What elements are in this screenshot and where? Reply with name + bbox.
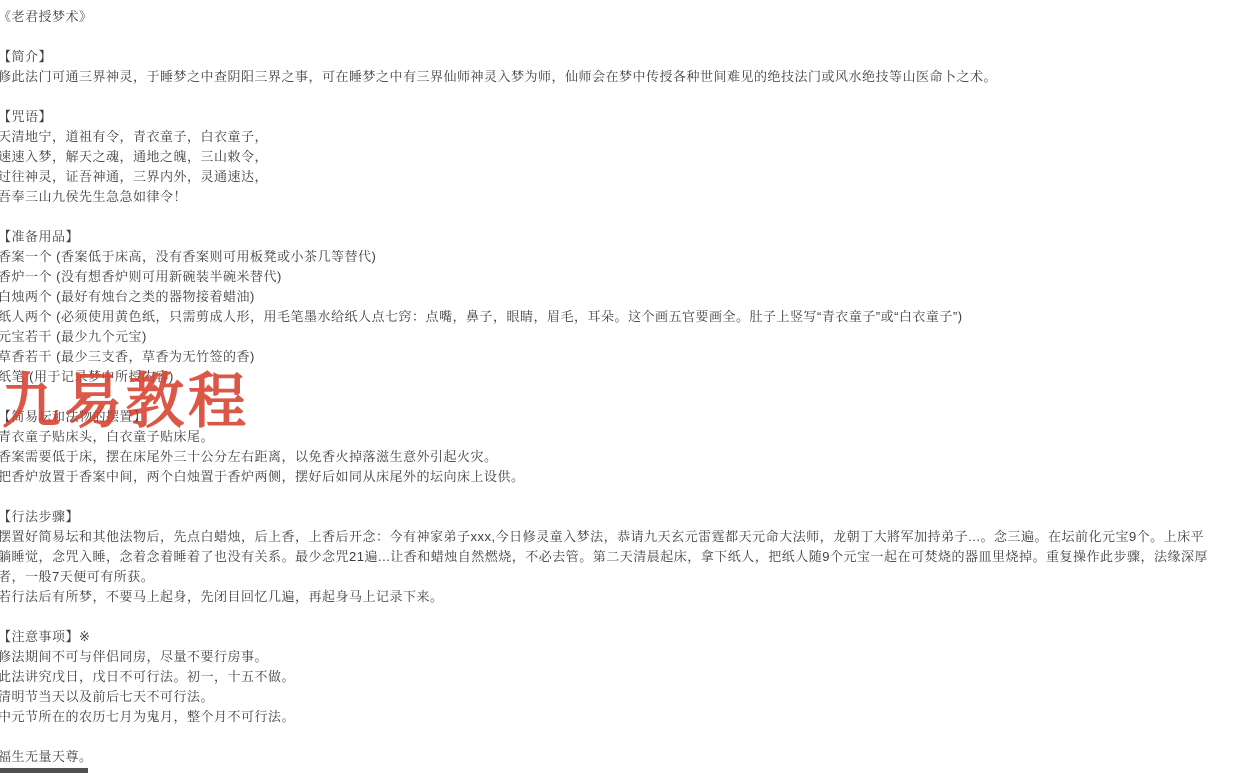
text-line: 福生无量天尊。 xyxy=(0,747,93,767)
section-heading: 【行法步骤】 xyxy=(0,507,79,527)
text-line: 把香炉放置于香案中间，两个白烛置于香炉两侧，摆好后如同从床尾外的坛向床上设供。 xyxy=(0,467,525,487)
text-line: 青衣童子贴床头，白衣童子贴床尾。 xyxy=(0,427,214,447)
clipped-line-fragment xyxy=(0,768,88,773)
text-line: 中元节所在的农历七月为鬼月，整个月不可行法。 xyxy=(0,707,295,727)
text-line: 速速入梦，解天之魂，通地之魄，三山敕令， xyxy=(0,147,268,167)
section-heading: 【咒语】 xyxy=(0,107,52,127)
text-line xyxy=(0,727,2,747)
text-line: 若行法后有所梦，不要马上起身，先闭目回忆几遍，再起身马上记录下来。 xyxy=(0,587,444,607)
text-line: 过往神灵，证吾神通，三界内外，灵通速达， xyxy=(0,167,268,187)
text-line: 白烛两个 (最好有烛台之类的器物接着蜡油) xyxy=(0,287,255,307)
section-heading: 【简易坛和法物的摆置】 xyxy=(0,407,147,427)
text-line: 纸人两个 (必须使用黄色纸，只需剪成人形，用毛笔墨水给纸人点七窍：点嘴，鼻子，眼… xyxy=(0,307,963,327)
text-line xyxy=(0,207,2,227)
text-line xyxy=(0,607,2,627)
text-line: 香案一个 (香案低于床高，没有香案则可用板凳或小茶几等替代) xyxy=(0,247,376,267)
text-line: 清明节当天以及前后七天不可行法。 xyxy=(0,687,214,707)
text-line: 修此法门可通三界神灵，于睡梦之中查阴阳三界之事，可在睡梦之中有三界仙师神灵入梦为… xyxy=(0,67,997,87)
text-line: 纸笔 (用于记录梦中所授内容) xyxy=(0,367,174,387)
section-heading: 【注意事项】※ xyxy=(0,627,90,647)
document-body: 《老君授梦术》 【简介】修此法门可通三界神灵，于睡梦之中查阴阳三界之事，可在睡梦… xyxy=(0,0,1256,778)
text-line: 此法讲究戊日，戊日不可行法。初一，十五不做。 xyxy=(0,667,295,687)
text-line: 吾奉三山九侯先生急急如律令！ xyxy=(0,187,187,207)
text-line xyxy=(0,387,2,407)
text-line: 天清地宁，道祖有令，青衣童子，白衣童子， xyxy=(0,127,268,147)
text-line: 草香若干 (最少三支香，草香为无竹签的香) xyxy=(0,347,255,367)
text-line: 者，一般7天便可有所获。 xyxy=(0,567,154,587)
text-line: 躺睡觉，念咒入睡，念着念着睡着了也没有关系。最少念咒21遍...让香和蜡烛自然燃… xyxy=(0,547,1208,567)
text-line: 香案需要低于床，摆在床尾外三十公分左右距离，以免香火掉落滋生意外引起火灾。 xyxy=(0,447,498,467)
text-line xyxy=(0,27,2,47)
text-line: 摆置好简易坛和其他法物后，先点白蜡烛，后上香，上香后开念：今有神家弟子xxx,今… xyxy=(0,527,1204,547)
text-line: 香炉一个 (没有想香炉则可用新碗装半碗米替代) xyxy=(0,267,282,287)
section-heading: 【简介】 xyxy=(0,47,52,67)
text-line xyxy=(0,87,2,107)
document-title: 《老君授梦术》 xyxy=(0,7,93,27)
section-heading: 【准备用品】 xyxy=(0,227,79,247)
text-line xyxy=(0,487,2,507)
text-line: 元宝若干 (最少九个元宝) xyxy=(0,327,147,347)
text-line: 修法期间不可与伴侣同房，尽量不要行房事。 xyxy=(0,647,268,667)
document-page: 《老君授梦术》 【简介】修此法门可通三界神灵，于睡梦之中查阴阳三界之事，可在睡梦… xyxy=(0,0,1256,778)
